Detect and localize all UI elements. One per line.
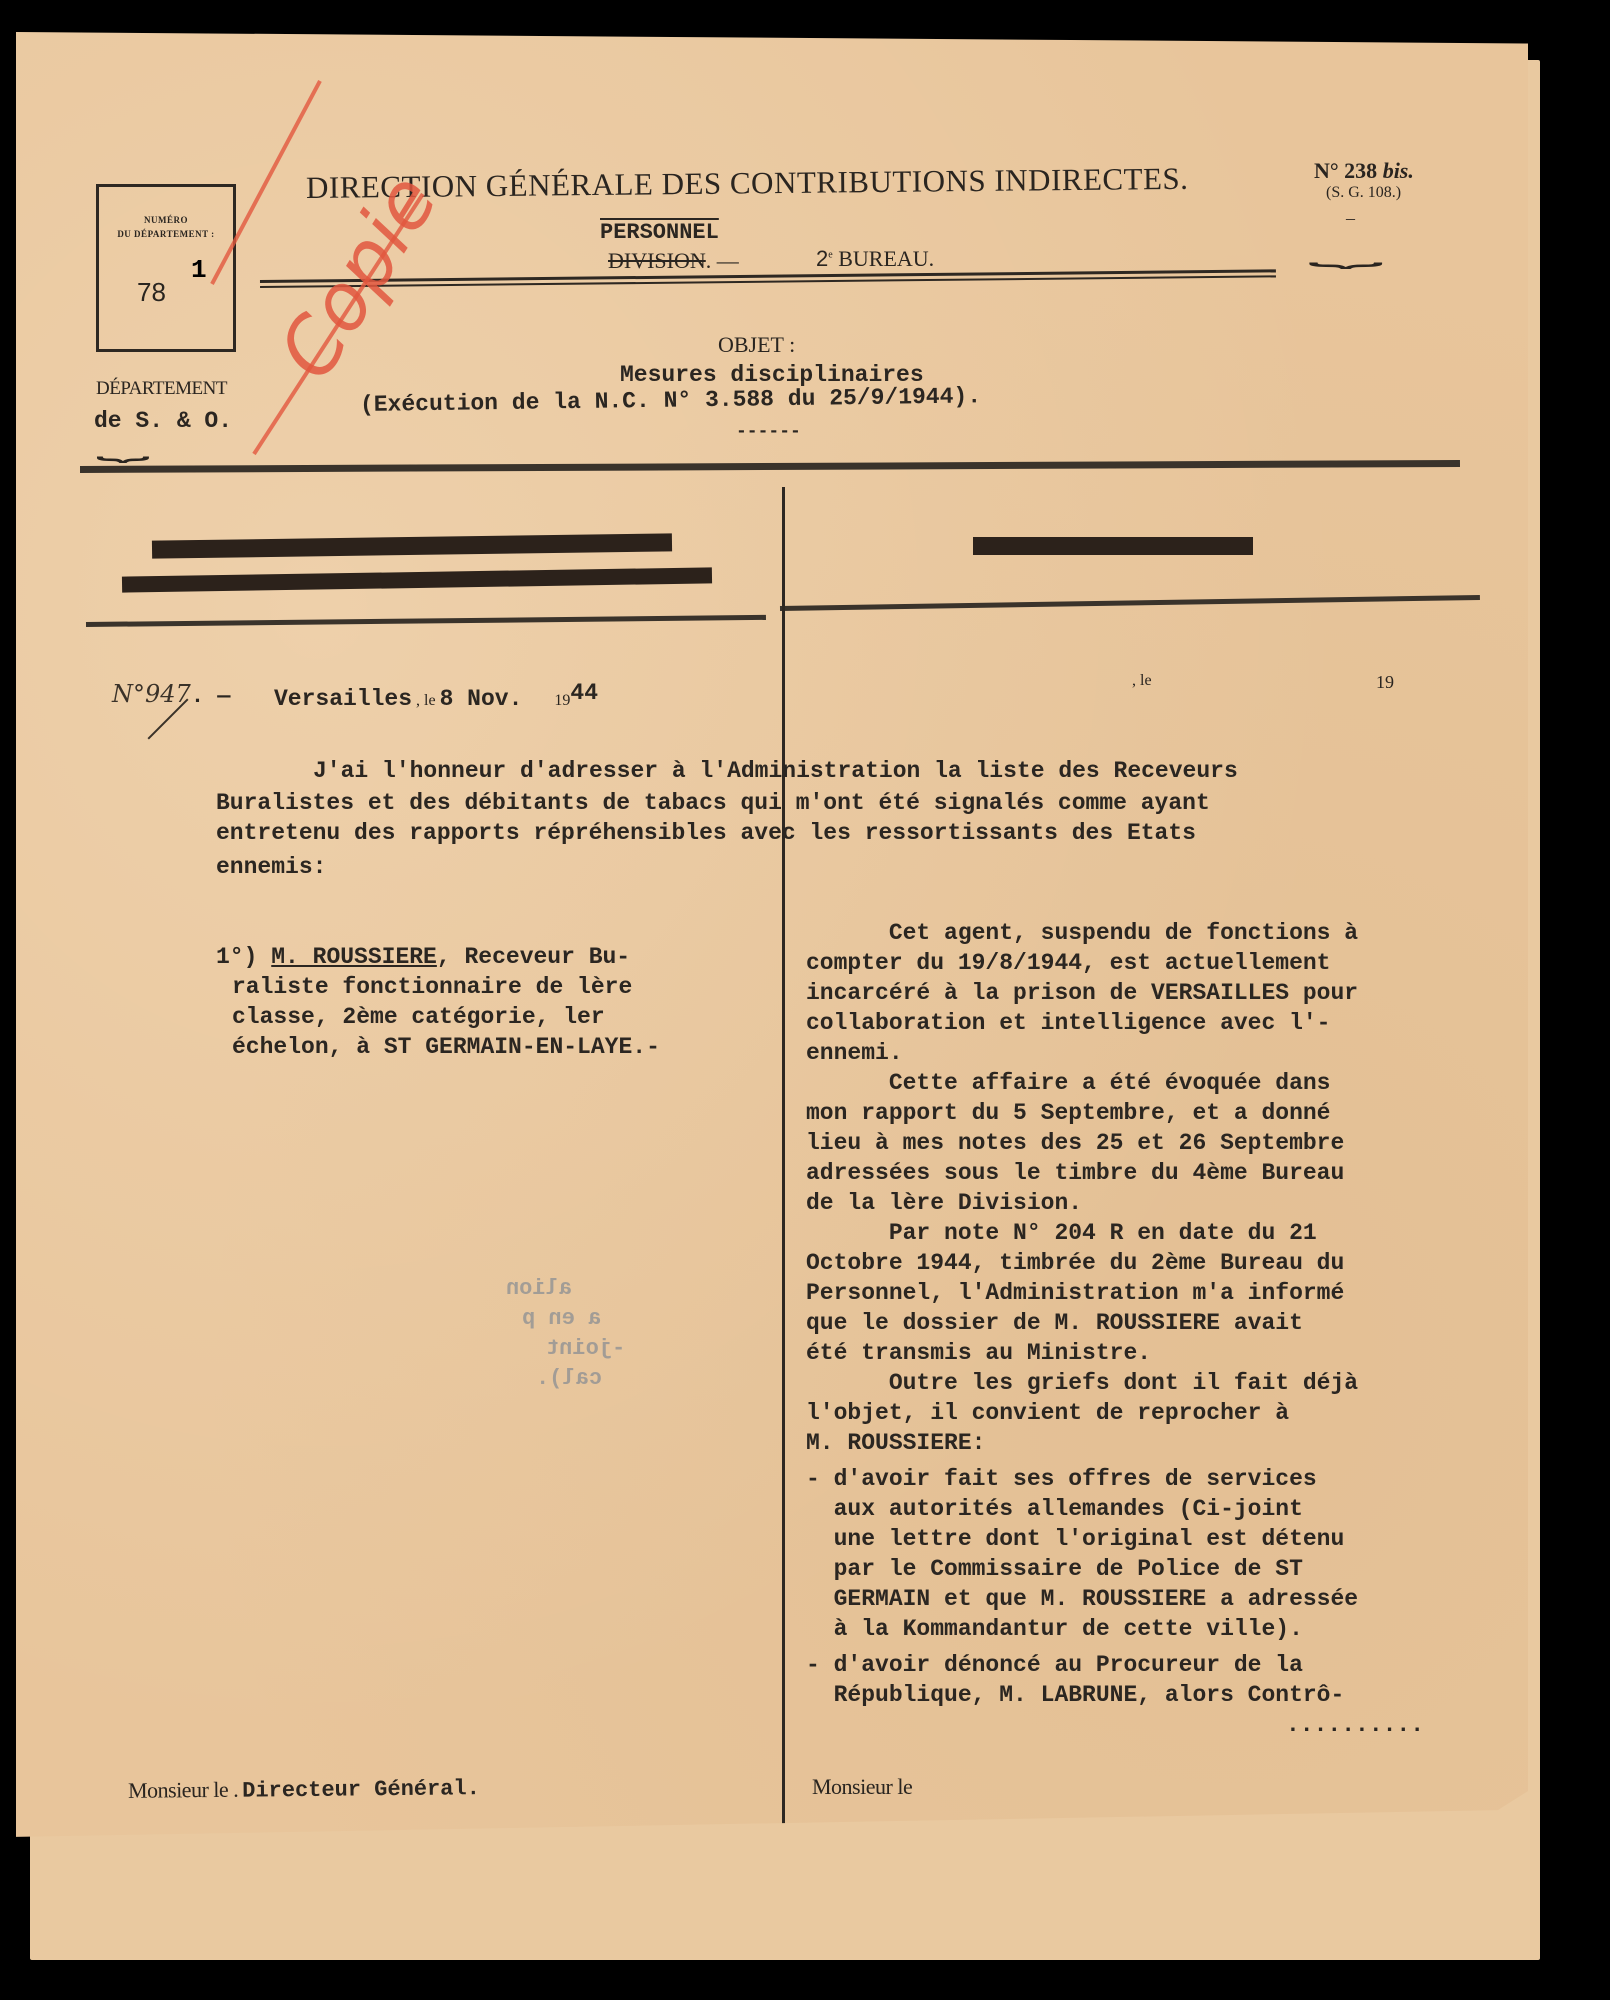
list-item-line: classe, 2ème catégorie, ler (232, 1002, 605, 1032)
body-line: été transmis au Ministre. (806, 1338, 1424, 1368)
form-code: (S. G. 108.) (1326, 184, 1401, 202)
grievance-line: - d'avoir dénoncé au Procureur de la (806, 1650, 1424, 1680)
right-addressee: Monsieur le (812, 1774, 912, 1800)
body-line: incarcéré à la prison de VERSAILLES pour (806, 978, 1424, 1008)
bleed-through-text: -joint (546, 1336, 625, 1361)
bleed-through-text: alion (506, 1276, 572, 1301)
grievance-line: par le Commissaire de Police de ST (806, 1554, 1424, 1584)
form-dash: – (1346, 208, 1355, 229)
bleed-through-text: a en p (522, 1306, 601, 1331)
copie-stamp: Copie (262, 159, 456, 394)
redacted-heading (152, 533, 672, 558)
body-line: que le dossier de M. ROUSSIERE avait (806, 1308, 1424, 1338)
body-line: Personnel, l'Administration m'a informé (806, 1278, 1424, 1308)
right-column-rule (780, 595, 1480, 611)
letter-date: Versailles , le 8 Nov. 1944 (274, 680, 598, 712)
body-line: mon rapport du 5 Septembre, et a donné (806, 1098, 1424, 1128)
body-line: Outre les griefs dont il fait déjà (806, 1368, 1424, 1398)
right-date-prefix: , le (1132, 672, 1152, 690)
intro-line: entretenu des rapports répréhensibles av… (216, 818, 1196, 848)
body-line: adressées sous le timbre du 4ème Bureau (806, 1158, 1424, 1188)
brace-ornament: ⏟ (1308, 234, 1384, 268)
right-year-prefix: 19 (1376, 672, 1394, 693)
body-line: l'objet, il convient de reprocher à (806, 1398, 1424, 1428)
column-divider (782, 487, 785, 1942)
continuation-dots: .......... (806, 1710, 1424, 1740)
body-line: Par note N° 204 R en date du 21 (806, 1218, 1424, 1248)
body-line: compter du 19/8/1944, est actuellement (806, 948, 1424, 978)
body-line: M. ROUSSIERE: (806, 1428, 1424, 1458)
body-line: collaboration et intelligence avec l'- (806, 1008, 1424, 1038)
section-thick-rule (80, 460, 1460, 473)
body-line: ennemi. (806, 1038, 1424, 1068)
division-label: DIVISION. — (608, 248, 739, 274)
grievance-line: une lettre dont l'original est détenu (806, 1524, 1424, 1554)
body-line: Octobre 1944, timbrée du 2ème Bureau du (806, 1248, 1424, 1278)
item-name: M. ROUSSIERE (271, 944, 437, 970)
reference-number: N°947. — (112, 680, 230, 709)
objet-dash: ------ (736, 422, 801, 442)
right-column-body: Cet agent, suspendu de fonctions à compt… (806, 918, 1424, 1740)
left-column-rule (86, 615, 766, 627)
objet-reference: (Exécution de la N.C. N° 3.588 du 25/9/1… (360, 383, 981, 418)
department-number-label: NUMÉRO DU DÉPARTEMENT : (99, 213, 233, 241)
objet-heading: OBJET : (718, 332, 795, 358)
department-superscript: 1 (191, 255, 207, 285)
department-number: 78 (137, 277, 166, 308)
left-addressee: Monsieur le . Directeur Général. (128, 1774, 480, 1805)
bleed-through-text: cal). (536, 1366, 602, 1391)
document-page: NUMÉRO DU DÉPARTEMENT : 78 1 DIRECTION G… (16, 32, 1528, 1944)
list-item-line: échelon, à ST GERMAIN-EN-LAYE.- (232, 1032, 660, 1062)
grievance-line: République, M. LABRUNE, alors Contrô- (806, 1680, 1424, 1710)
intro-line: ennemis: (216, 852, 326, 882)
redacted-subheading (122, 567, 712, 592)
grievance-line: GERMAIN et que M. ROUSSIERE a adressée (806, 1584, 1424, 1614)
body-line: Cet agent, suspendu de fonctions à (806, 918, 1424, 948)
personnel-label: PERSONNEL (600, 220, 719, 245)
department-number-box: NUMÉRO DU DÉPARTEMENT : 78 1 (96, 184, 236, 352)
grievance-line: à la Kommandantur de cette ville). (806, 1614, 1424, 1644)
intro-line: J'ai l'honneur d'adresser à l'Administra… (313, 756, 1238, 786)
department-label: DÉPARTEMENT (96, 378, 227, 400)
grievance-line: aux autorités allemandes (Ci-joint (806, 1494, 1424, 1524)
intro-line: Buralistes et des débitants de tabacs qu… (216, 788, 1210, 818)
form-number: N° 238 bis. (1314, 158, 1414, 184)
body-line: lieu à mes notes des 25 et 26 Septembre (806, 1128, 1424, 1158)
list-item-line: raliste fonctionnaire de lère (232, 972, 632, 1002)
brace-ornament: ⏟ (96, 428, 150, 462)
grievance-line: - d'avoir fait ses offres de services (806, 1464, 1424, 1494)
body-line: Cette affaire a été évoquée dans (806, 1068, 1424, 1098)
redacted-right-heading (973, 537, 1253, 555)
bureau-label: 2e BUREAU. (816, 246, 934, 272)
list-item-heading: 1°) M. ROUSSIERE, Receveur Bu- (216, 942, 630, 972)
body-line: de la lère Division. (806, 1188, 1424, 1218)
